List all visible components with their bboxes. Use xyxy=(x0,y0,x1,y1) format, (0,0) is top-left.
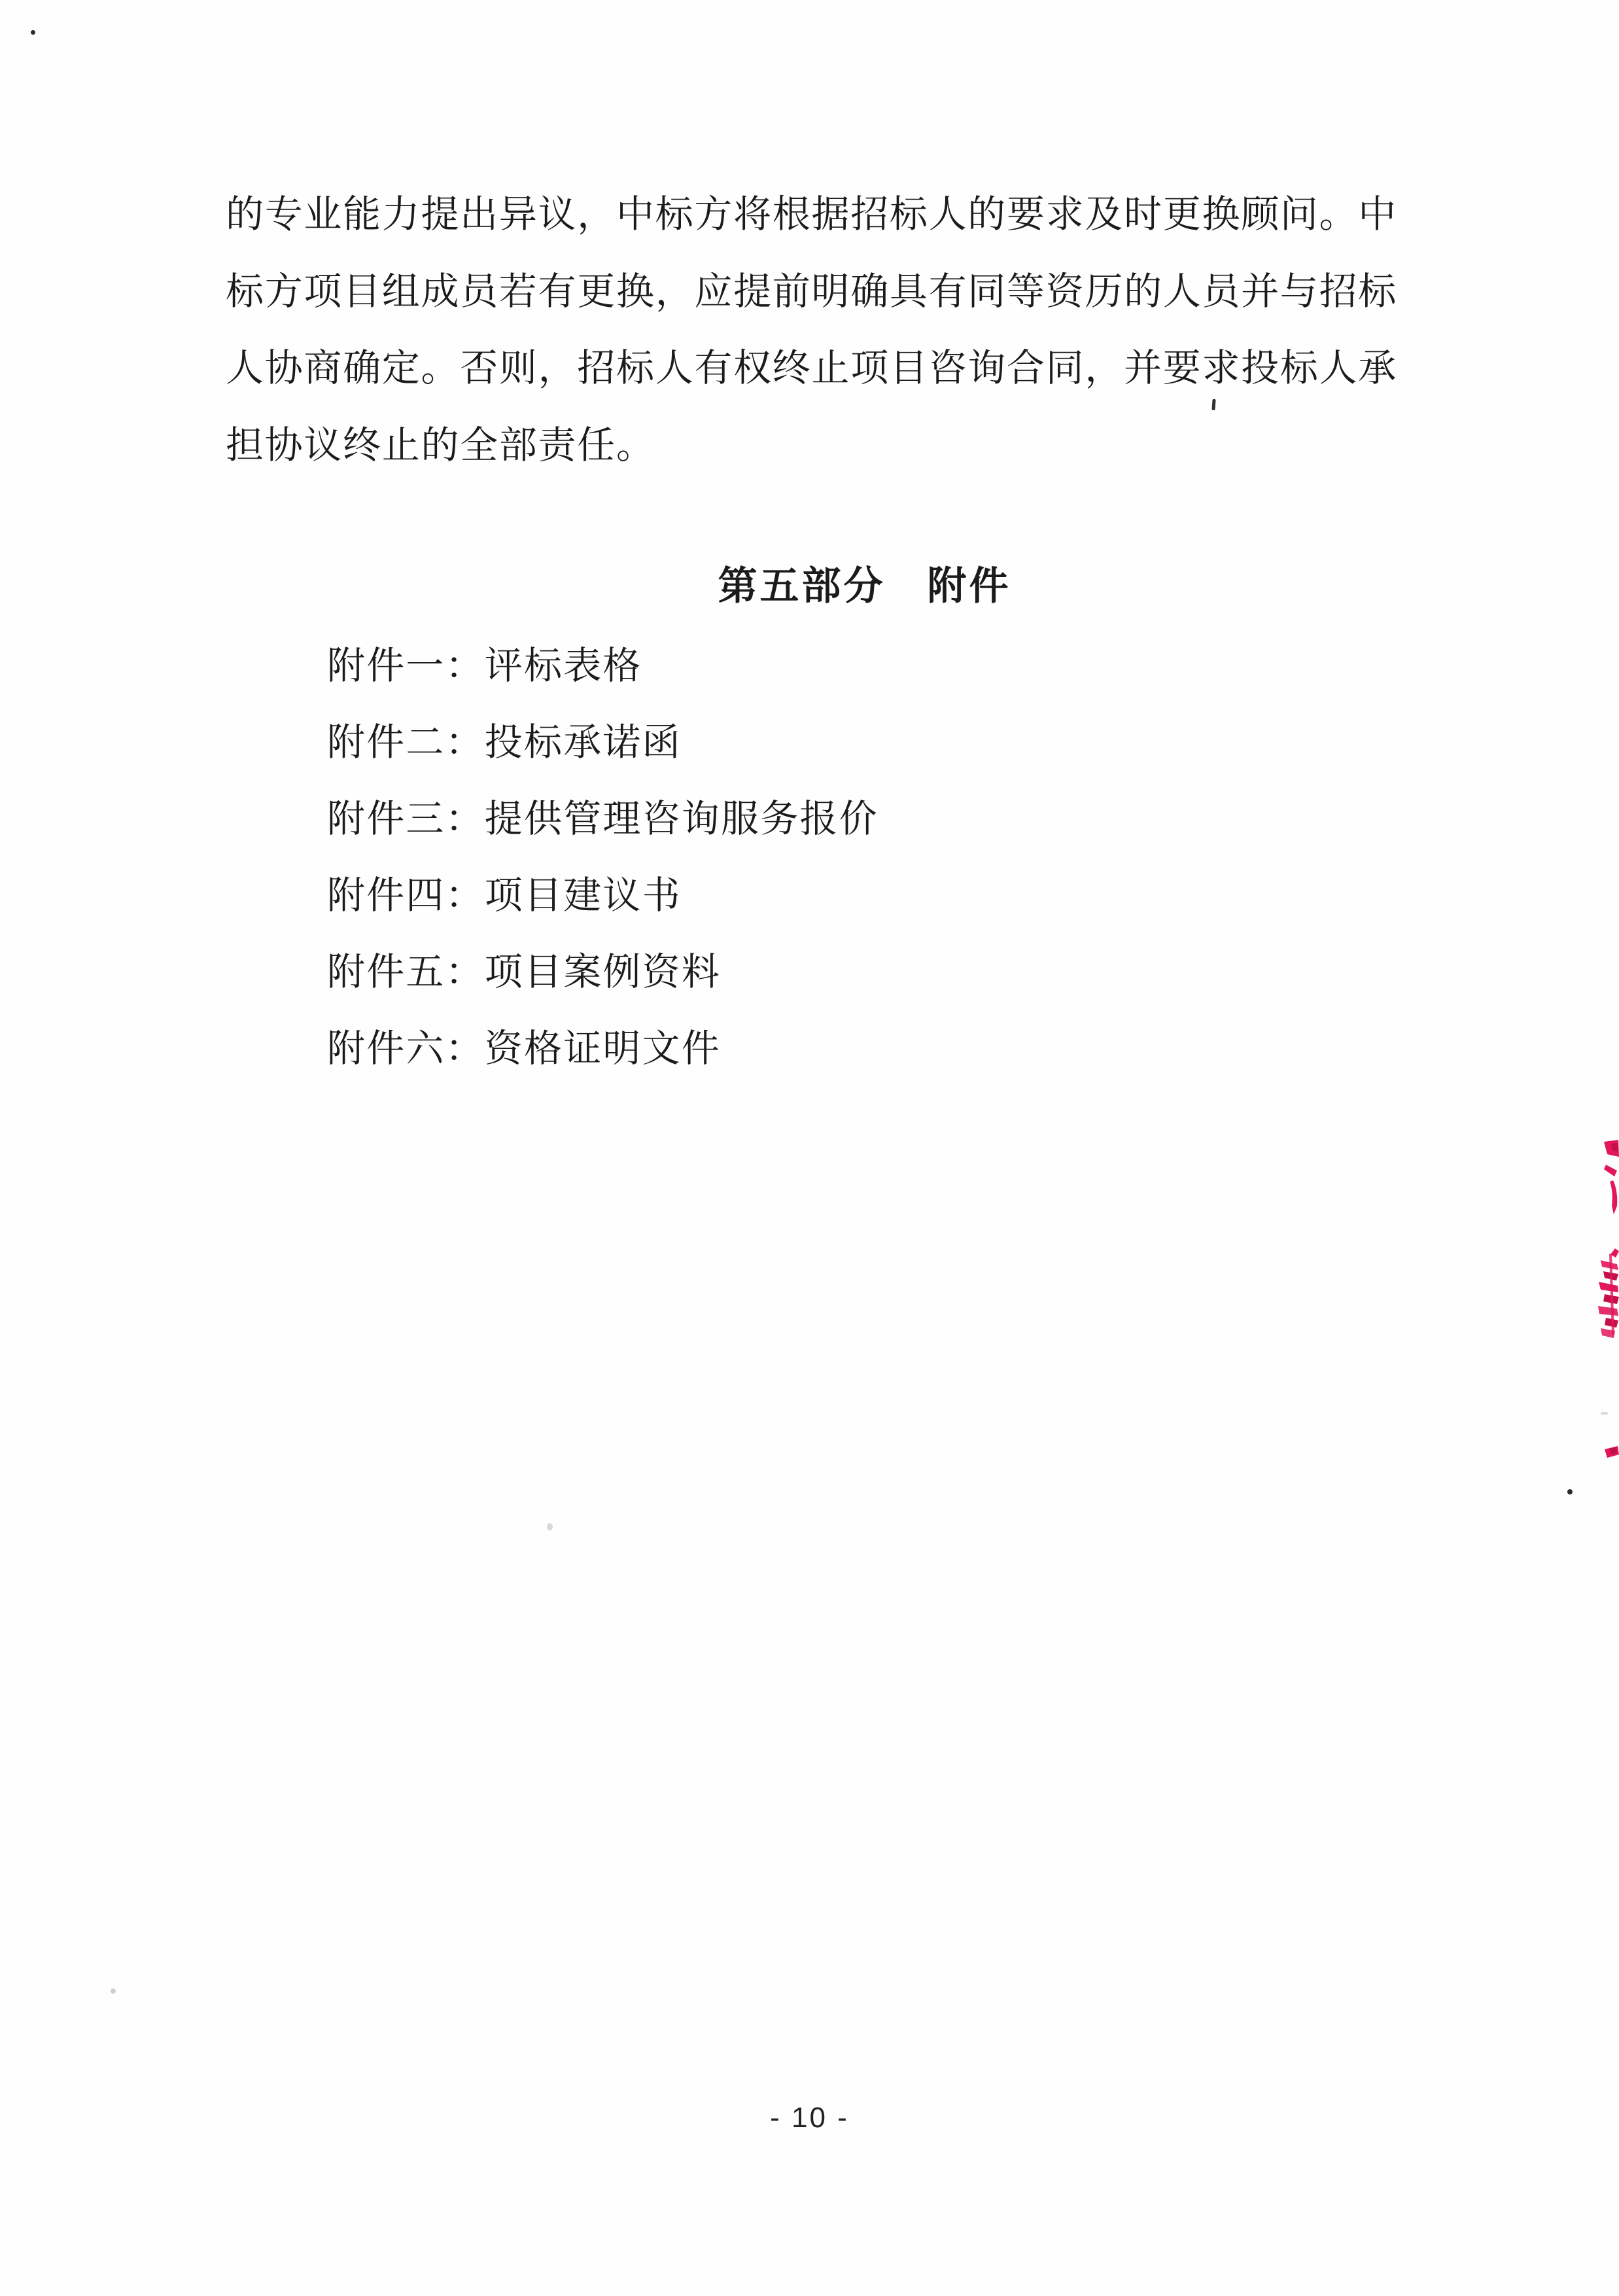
ink-speck xyxy=(31,30,35,35)
attachment-item: 附件二：投标承诺函 xyxy=(327,723,682,762)
attachment-item: 附件六：资格证明文件 xyxy=(327,1029,721,1069)
ink-speck xyxy=(1601,1412,1608,1415)
stamp-fragment-icon xyxy=(1599,1140,1619,1217)
paragraph-line: 标方项目组成员若有更换，应提前明确具有同等资历的人员并与招标 xyxy=(226,272,1397,311)
paragraph-line: 人协商确定。否则，招标人有权终止项目咨询合同，并要求投标人承 xyxy=(226,349,1397,388)
stamp-fragment-icon xyxy=(1597,1248,1619,1339)
ink-speck xyxy=(111,1988,116,1994)
paragraph-line: 担协议终止的全部责任。 xyxy=(226,426,655,465)
attachment-item: 附件四：项目建议书 xyxy=(327,876,682,915)
document-page: 的专业能力提出异议，中标方将根据招标人的要求及时更换顾问。中 标方项目组成员若有… xyxy=(0,0,1619,2296)
section-title: 第五部分 附件 xyxy=(55,565,1619,607)
ink-speck xyxy=(547,1523,553,1530)
attachment-item: 附件三：提供管理咨询服务报价 xyxy=(327,800,879,839)
ink-speck xyxy=(1567,1489,1573,1494)
attachment-item: 附件一：评标表格 xyxy=(327,646,642,686)
attachment-item: 附件五：项目案例资料 xyxy=(327,953,721,992)
stamp-fragment-icon xyxy=(1603,1445,1619,1459)
paragraph-line: 的专业能力提出异议，中标方将根据招标人的要求及时更换顾问。中 xyxy=(226,195,1397,234)
page-number: - 10 - xyxy=(0,2103,1619,2133)
ink-speck xyxy=(1211,399,1215,410)
